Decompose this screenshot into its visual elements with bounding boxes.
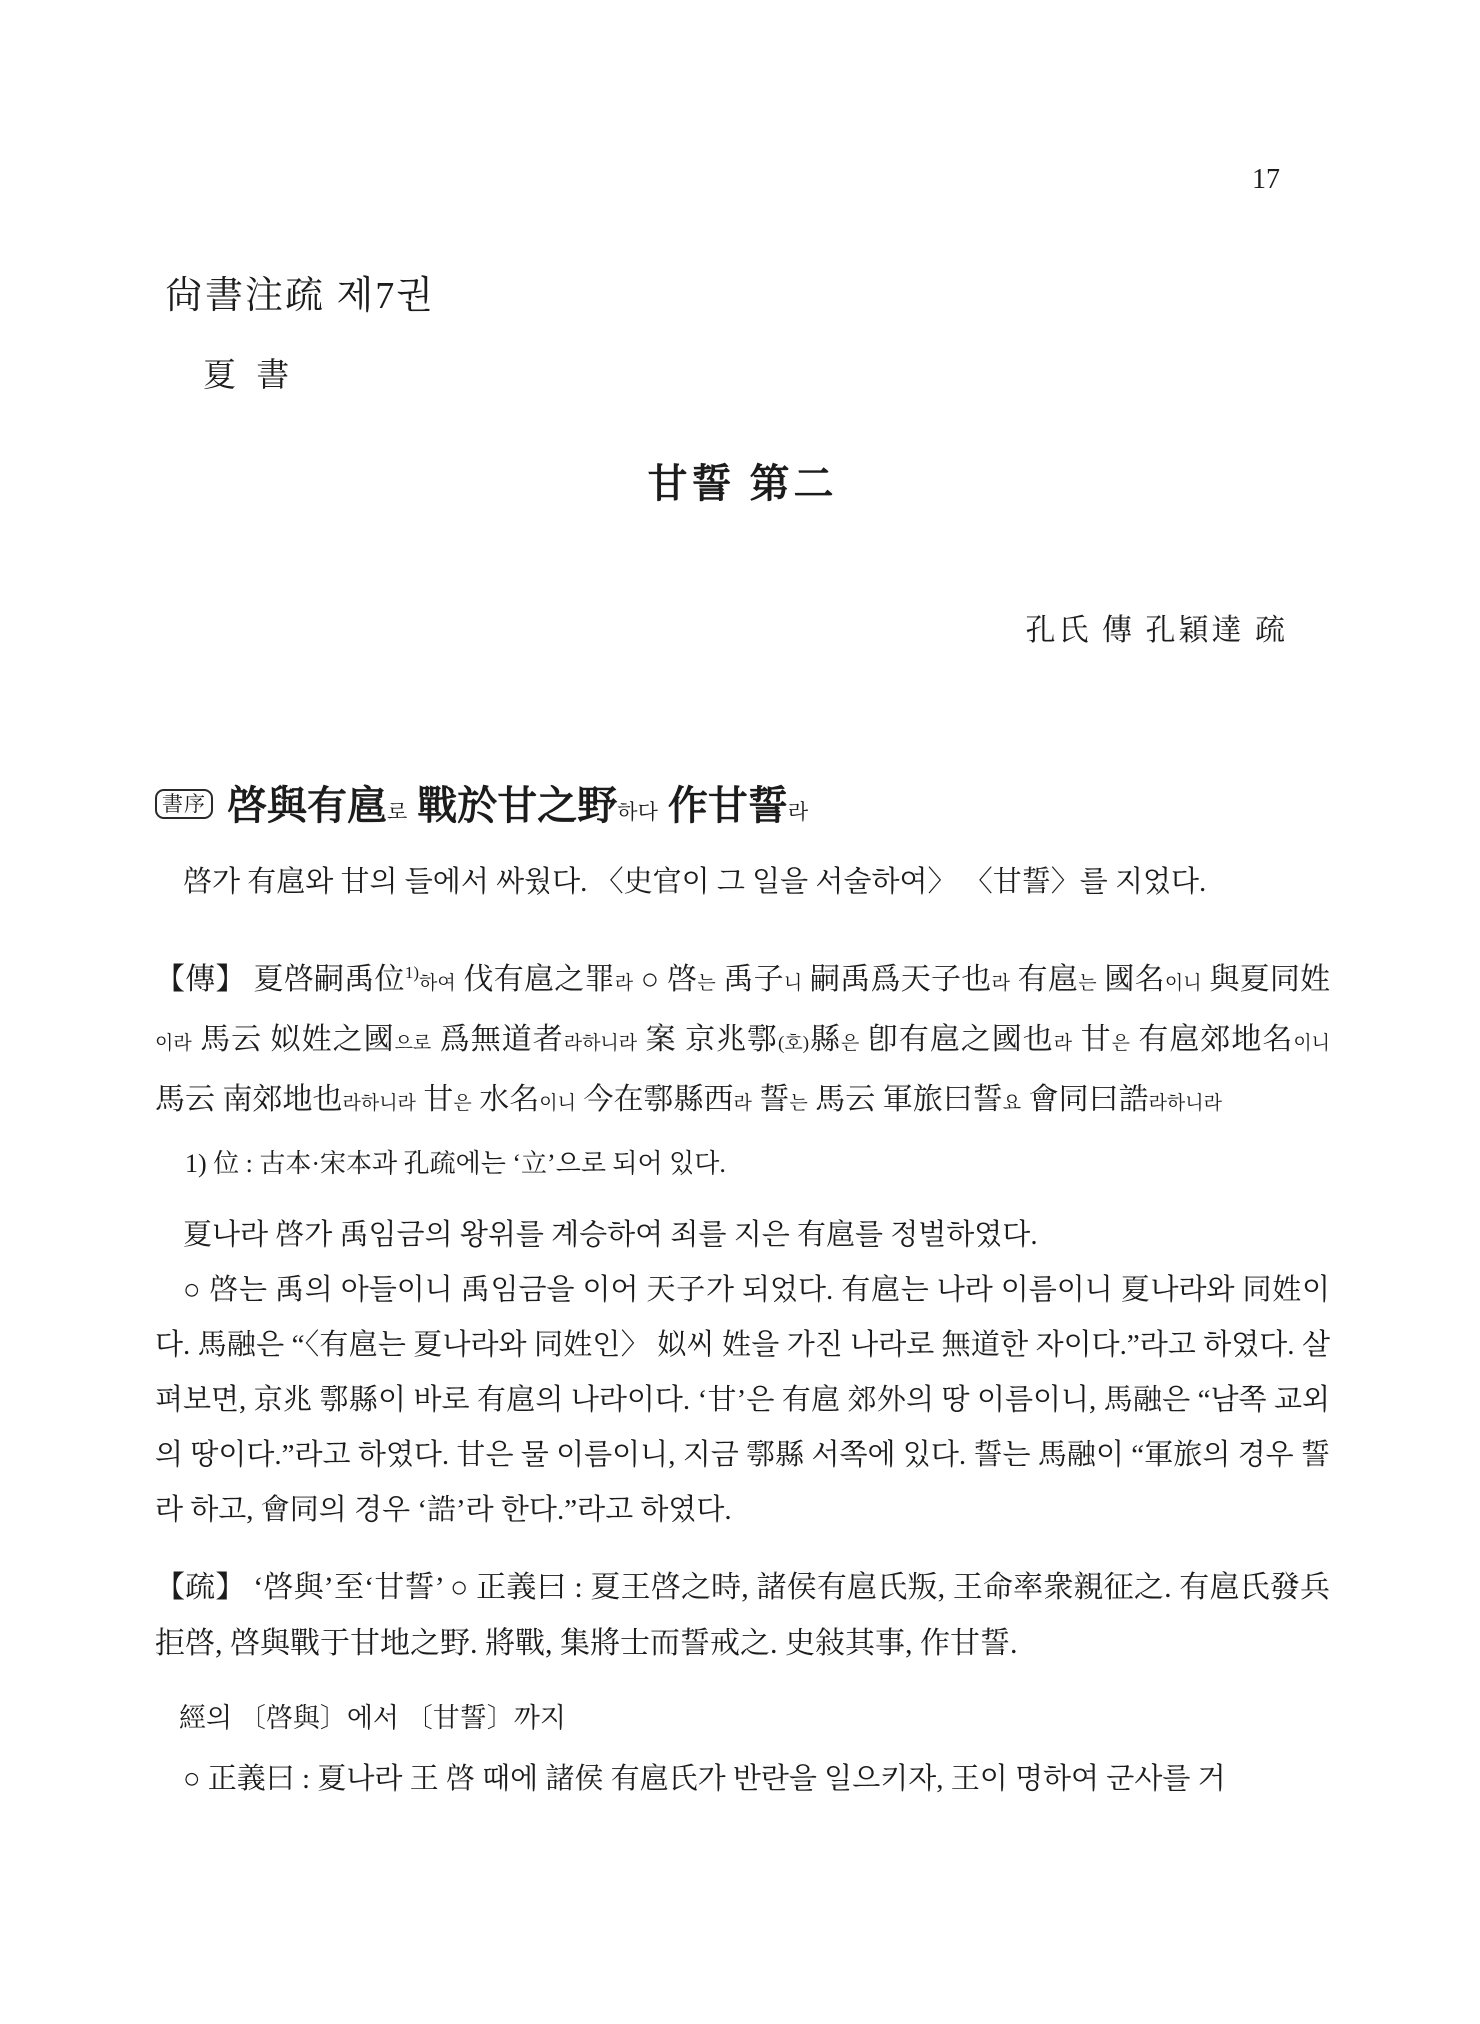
text-run: 禹子 [716,963,784,996]
text-run: 하다 [617,800,658,824]
text-run: 會同曰誥 [1021,1083,1149,1116]
text-run: 水名 [472,1083,540,1116]
document-page: 17 尙書注疏 제7권 夏 書 甘誓 第二 孔氏 傳 孔穎達 疏 書序啓與有扈로… [0,0,1480,2024]
text-run: 이니 [1165,973,1202,994]
text-run: 有扈 [1010,963,1078,996]
text-run: 【傳】 [155,963,254,996]
text-run: 誓 [752,1083,790,1116]
text-run: ‘啓與’至‘甘誓’ ○ 正義曰 : 夏王啓之時, 諸侯有扈氏叛, 王命率衆親征之… [155,1571,1330,1660]
seoseo-translation: 啓가 有扈와 甘의 들에서 싸웠다. 〈史官이 그 일을 서술하여〉 〈甘誓〉를… [155,855,1330,910]
text-run: 有扈郊地名 [1130,1023,1293,1056]
text-run: 은 [841,1033,859,1054]
text-run: 로 [387,800,407,824]
text-run: 이라 [155,1033,192,1054]
text-run: 는 [697,973,715,994]
text-run: 는 [789,1093,807,1114]
text-run: ○ 啓 [633,963,697,996]
text-run: 라하니라 [1149,1093,1222,1114]
text-run: 1) [405,963,419,982]
text-run: 馬云 南郊地也 [155,1083,343,1116]
jeon-translation-block: 夏나라 啓가 禹임금의 왕위를 계승하여 죄를 지은 有扈를 정벌하였다. ○ … [155,1208,1330,1538]
text-run: 今在鄠縣西 [576,1083,734,1116]
text-run: 라하니라 [564,1033,637,1054]
text-run: 啓與有扈 [227,783,387,828]
text-run: 爲無道者 [431,1023,563,1056]
text-run: 라하니라 [343,1093,416,1114]
text-run: 伐有扈之罪 [456,963,615,996]
text-run: 라 [788,800,808,824]
text-run: 馬云 姒姓之國 [192,1023,395,1056]
text-run: 甘 [1072,1023,1111,1056]
text-run: 니 [784,973,802,994]
text-run: 卽有扈之國也 [859,1023,1053,1056]
text-run: 戰於甘之野 [407,783,617,828]
book-title: 夏 書 [203,355,1330,397]
text-run: 은 [453,1093,471,1114]
text-run: 라 [615,973,633,994]
attribution: 孔氏 傳 孔穎達 疏 [155,612,1330,650]
text-run: 國名 [1097,963,1165,996]
text-run: 은 [1112,1033,1130,1054]
text-run: 案 京兆鄠 [637,1023,778,1056]
text-run: 甘 [416,1083,454,1116]
text-run: 作甘誓 [658,783,788,828]
text-run: 으로 [395,1033,432,1054]
footnote: 1) 位 : 古本·宋本과 孔疏에는 ‘立’으로 되어 있다. [155,1142,1330,1186]
so-translation: ○ 正義曰 : 夏나라 王 啓 때에 諸侯 有扈氏가 반란을 일으키자, 王이 … [155,1752,1330,1807]
text-run: 라 [992,973,1010,994]
text-run: 요 [1003,1093,1021,1114]
text-run: (호) [778,1033,809,1054]
text-run: 이니 [539,1093,576,1114]
text-run: 라 [734,1093,752,1114]
jeon-paragraph: 【傳】 夏啓嗣禹位1)하여 伐有扈之罪라 ○ 啓는 禹子니 嗣禹爲天子也라 有扈… [155,952,1330,1132]
text-run: 하여 [419,973,456,994]
jeon-translation-1: 夏나라 啓가 禹임금의 왕위를 계승하여 죄를 지은 有扈를 정벌하였다. [155,1208,1330,1263]
jeon-translation-2: ○ 啓는 禹의 아들이니 禹임금을 이어 天子가 되었다. 有扈는 나라 이름이… [155,1263,1330,1538]
text-run: 與夏同姓 [1202,963,1331,996]
text-run: 嗣禹爲天子也 [802,963,991,996]
chapter-title: 甘誓 第二 [155,460,1330,508]
so-gloss: 經의 〔啓與〕에서 〔甘誓〕까지 [155,1694,1330,1742]
so-paragraph: 【疏】 ‘啓與’至‘甘誓’ ○ 正義曰 : 夏王啓之時, 諸侯有扈氏叛, 王命率… [155,1560,1330,1672]
seoseo-headline-text: 啓與有扈로 戰於甘之野하다 作甘誓라 [227,806,808,823]
text-run: 【疏】 [155,1571,253,1604]
text-run: 夏啓嗣禹位 [254,963,405,996]
text-run: 이니 [1293,1033,1330,1054]
seoseo-headline: 書序啓與有扈로 戰於甘之野하다 作甘誓라 [155,780,1330,841]
text-run: 는 [1078,973,1096,994]
page-number: 17 [155,165,1330,195]
text-run: 馬云 軍旅曰誓 [808,1083,1003,1116]
text-run: 라 [1054,1033,1072,1054]
seoseo-box-label: 書序 [155,789,213,819]
volume-title: 尙書注疏 제7권 [165,271,1330,321]
text-run: 縣 [809,1023,841,1056]
